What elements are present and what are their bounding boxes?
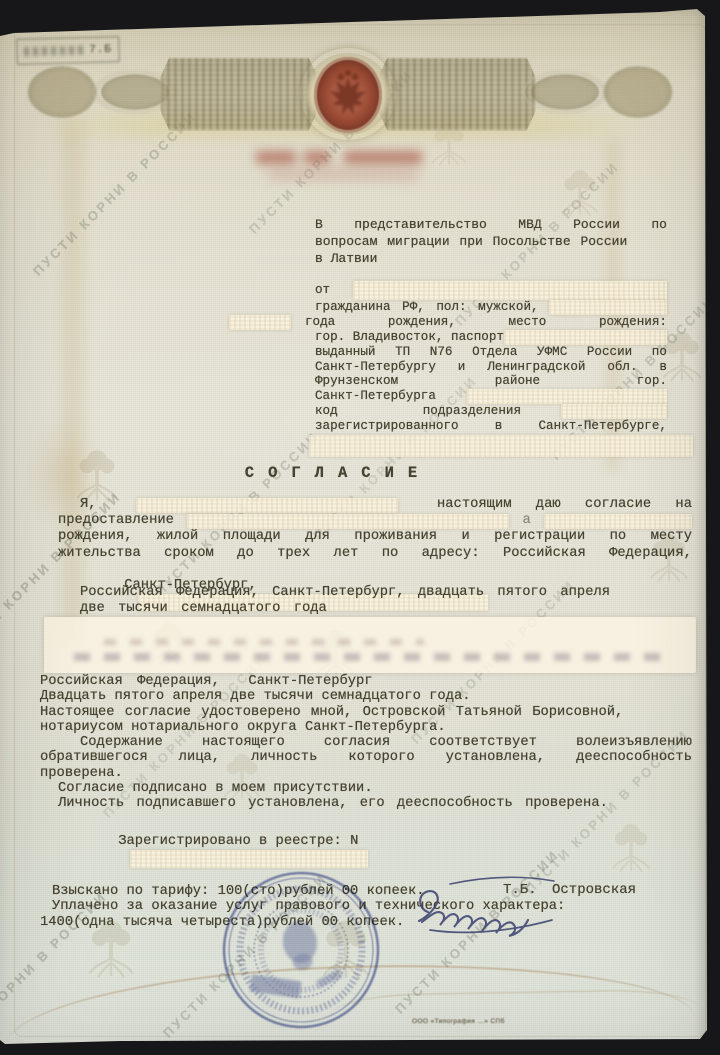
paper-fold-curve <box>3 956 695 1051</box>
tree-watermark-icon <box>316 628 356 678</box>
redaction-box <box>353 281 667 300</box>
notary-line: Двадцать пятого апреля две тысячи семнад… <box>40 689 692 704</box>
consent-line: предоставление а <box>58 513 692 529</box>
watermark-text: ПУСТИ КОРНИ В РОССИИ <box>310 373 480 543</box>
ornament-tint <box>40 112 660 138</box>
double-headed-eagle-icon <box>326 67 370 123</box>
applicant-line: кодподразделения <box>315 404 667 419</box>
consent-text-fragment: а <box>522 513 530 529</box>
applicant-line: от <box>315 281 667 300</box>
redaction-box <box>504 330 667 345</box>
signature-name: Т.Б. Островская <box>503 882 636 898</box>
watermark-text: ПУСТИ КОРНИ В РОССИИ <box>408 577 578 747</box>
paper-crease-right <box>604 140 622 470</box>
notary-line: нотариусом нотариального округа Санкт-Пе… <box>40 720 692 735</box>
page-edge-shadow <box>694 0 720 1055</box>
paper-crease-left <box>62 120 88 640</box>
stamp-smear <box>24 46 83 57</box>
applicant-line: выданныйТПN76ОтделаУФМСРоссиипо <box>315 345 667 360</box>
tree-watermark-icon <box>320 918 372 982</box>
redaction-smudge <box>74 653 664 661</box>
tree-watermark-icon <box>430 120 468 168</box>
ornament-oval-right <box>522 70 608 114</box>
tree-watermark-icon <box>150 620 188 668</box>
consent-text: предоставление <box>58 513 174 529</box>
corner-stamp-text: 7.Б <box>89 43 112 56</box>
printer-imprint: ООО «Типография …» СПб <box>412 1018 677 1025</box>
notary-line: Российская Федерация, Санкт-Петербург <box>40 674 692 689</box>
blurred-serial-number <box>252 143 430 177</box>
redaction-box <box>549 300 667 315</box>
place-date-line: Российская Федерация, Санкт-Петербург, д… <box>80 585 680 601</box>
applicant-line: годарождения,месторождения: <box>315 315 667 330</box>
applicant-details: от гражданина РФ, пол: мужской, годарожд… <box>315 281 667 457</box>
watermark-text: ПУСТИ КОРНИ В РОССИИ <box>392 847 562 1017</box>
tree-watermark-icon <box>560 168 600 218</box>
applicant-text: кодподразделения <box>315 404 521 419</box>
watermark-text: ПУСТИ КОРНИ В РОССИИ <box>246 67 416 237</box>
redaction-box <box>187 514 509 529</box>
watermark-text: ПУСТИ КОРНИ В РОССИИ <box>160 871 330 1041</box>
notarial-certification: Российская Федерация, Санкт-Петербург Дв… <box>40 674 692 812</box>
applicant-text: Санкт-Петербурга <box>315 389 436 404</box>
consent-line: жительствасрокомдотрехлетпоадресу:Россий… <box>58 546 692 562</box>
redaction-box <box>561 404 667 419</box>
notary-line: Содержаниенастоящегосогласиясоответствуе… <box>40 735 692 750</box>
registry-line: Уплачено за оказание услуг правового и т… <box>52 899 652 914</box>
redaction-box <box>229 315 291 330</box>
watermark-text: ПУСТИ КОРНИ В РОССИИ <box>522 727 692 897</box>
blurred-serial-shadow <box>268 168 418 180</box>
redaction-box <box>309 435 693 457</box>
applicant-text: гражданина РФ, пол: мужской, <box>315 300 539 315</box>
recipient-line: вопросам миграции при Посольстве России <box>315 233 667 250</box>
registry-details: Зарегистрировано в реестре: N Взыскано п… <box>52 819 652 930</box>
redaction-smudge <box>104 639 424 645</box>
consent-text: Я, <box>80 497 97 513</box>
applicant-line: Фрунзенскомрайонегор. <box>315 374 667 389</box>
tree-watermark-icon <box>222 752 262 802</box>
watermark-text: ПУСТИ КОРНИ В РОССИИ <box>452 159 622 329</box>
paper-fold-curve-2 <box>330 989 701 1036</box>
registry-line: 1400(одна тысяча четыреста)рублей 00 коп… <box>40 915 652 930</box>
redaction-box <box>544 514 692 529</box>
consent-text: настоящим даю согласие на <box>437 497 692 513</box>
place-date-line: две тысячи семнадцатого года <box>80 601 680 617</box>
redaction-box <box>136 498 398 513</box>
registry-line: Взыскано по тарифу: 100(сто)рублей 00 ко… <box>52 884 652 899</box>
from-label: от <box>315 283 330 298</box>
registry-text: Зарегистрировано в реестре: N <box>118 834 358 849</box>
redaction-block-large <box>44 617 696 673</box>
consent-text: Санкт-Петербург, <box>124 578 256 593</box>
notary-seal <box>205 851 398 1049</box>
applicant-line: гражданина РФ, пол: мужской, <box>315 300 667 315</box>
tree-watermark-icon <box>610 822 652 874</box>
notary-line: Личность подписавшего установлена, его д… <box>40 796 692 811</box>
recipient-address: ВпредставительствоМВДРоссиипо вопросам м… <box>315 216 667 267</box>
applicant-text: годарождения,месторождения: <box>305 315 667 330</box>
consent-title: СОГЛАСИЕ <box>38 464 638 482</box>
tree-watermark-icon <box>86 918 136 980</box>
notary-signature <box>404 868 664 952</box>
document-paper: ПУСТИ КОРНИ В РОССИИ ПУСТИ КОРНИ В РОССИ… <box>0 0 720 1055</box>
watermark-text: ПУСТИ КОРНИ В РОССИИ <box>0 889 110 1055</box>
photographed-document: ПУСТИ КОРНИ В РОССИИ ПУСТИ КОРНИ В РОССИ… <box>0 0 720 1055</box>
watermark-text: ПУСТИ КОРНИ В РОССИИ <box>152 429 322 599</box>
paper-stain <box>28 420 98 530</box>
registry-line: Зарегистрировано в реестре: N <box>52 819 652 884</box>
place-date-block: Российская Федерация, Санкт-Петербург, д… <box>80 585 680 617</box>
notary-line: обратившегосялица,личностькоторогоустано… <box>40 750 692 765</box>
tree-watermark-icon <box>648 532 690 584</box>
notary-line: Настоящее согласие удостоверено мной, Ос… <box>40 705 692 720</box>
ornament-flower-right <box>590 56 686 128</box>
consent-body: Я, настоящим даю согласие на предоставле… <box>58 497 692 631</box>
watermark-text: ПУСТИ КОРНИ В РОССИИ <box>100 651 270 821</box>
consent-line: Я, настоящим даю согласие на <box>58 497 692 513</box>
tree-watermark-icon <box>660 330 704 384</box>
watermark-text: ПУСТИ КОРНИ В РОССИИ <box>0 489 124 659</box>
redaction-box <box>130 850 368 868</box>
ornament-oval-left <box>92 70 178 114</box>
redaction-box <box>467 389 667 404</box>
applicant-text: гор. Владивосток, паспорт <box>315 330 504 345</box>
ornament-guilloche-left <box>160 57 318 131</box>
ornament-flower-left <box>14 56 110 128</box>
applicant-line: зарегистрированноговСанкт-Петербурге, <box>315 419 667 434</box>
consent-line: Санкт-Петербург, <box>58 562 692 631</box>
emblem-red-oval <box>314 57 382 133</box>
security-frame-line <box>14 24 706 1037</box>
ornament-guilloche-right <box>378 57 536 131</box>
notary-line: проверена. <box>40 766 692 781</box>
corner-form-stamp: 7.Б <box>16 36 121 66</box>
redaction-box <box>138 594 488 611</box>
recipient-line: в Латвии <box>315 250 667 267</box>
state-emblem-medallion <box>300 48 396 140</box>
watermark-text: ПУСТИ КОРНИ В РОССИИ <box>30 109 200 279</box>
applicant-line: гор. Владивосток, паспорт <box>315 330 667 345</box>
applicant-line: Санкт-ПетербургуиЛенинградскойобл.в <box>315 360 667 375</box>
applicant-line: Санкт-Петербурга <box>315 389 667 404</box>
notary-line: Согласие подписано в моем присутствии. <box>40 781 692 796</box>
watermark-text: ПУСТИ КОРНИ В РОССИИ <box>548 293 718 463</box>
recipient-line: ВпредставительствоМВДРоссиипо <box>315 216 667 233</box>
consent-line: рождения,жилойплощадидляпроживанияирегис… <box>58 529 692 545</box>
tree-watermark-icon <box>74 448 120 504</box>
